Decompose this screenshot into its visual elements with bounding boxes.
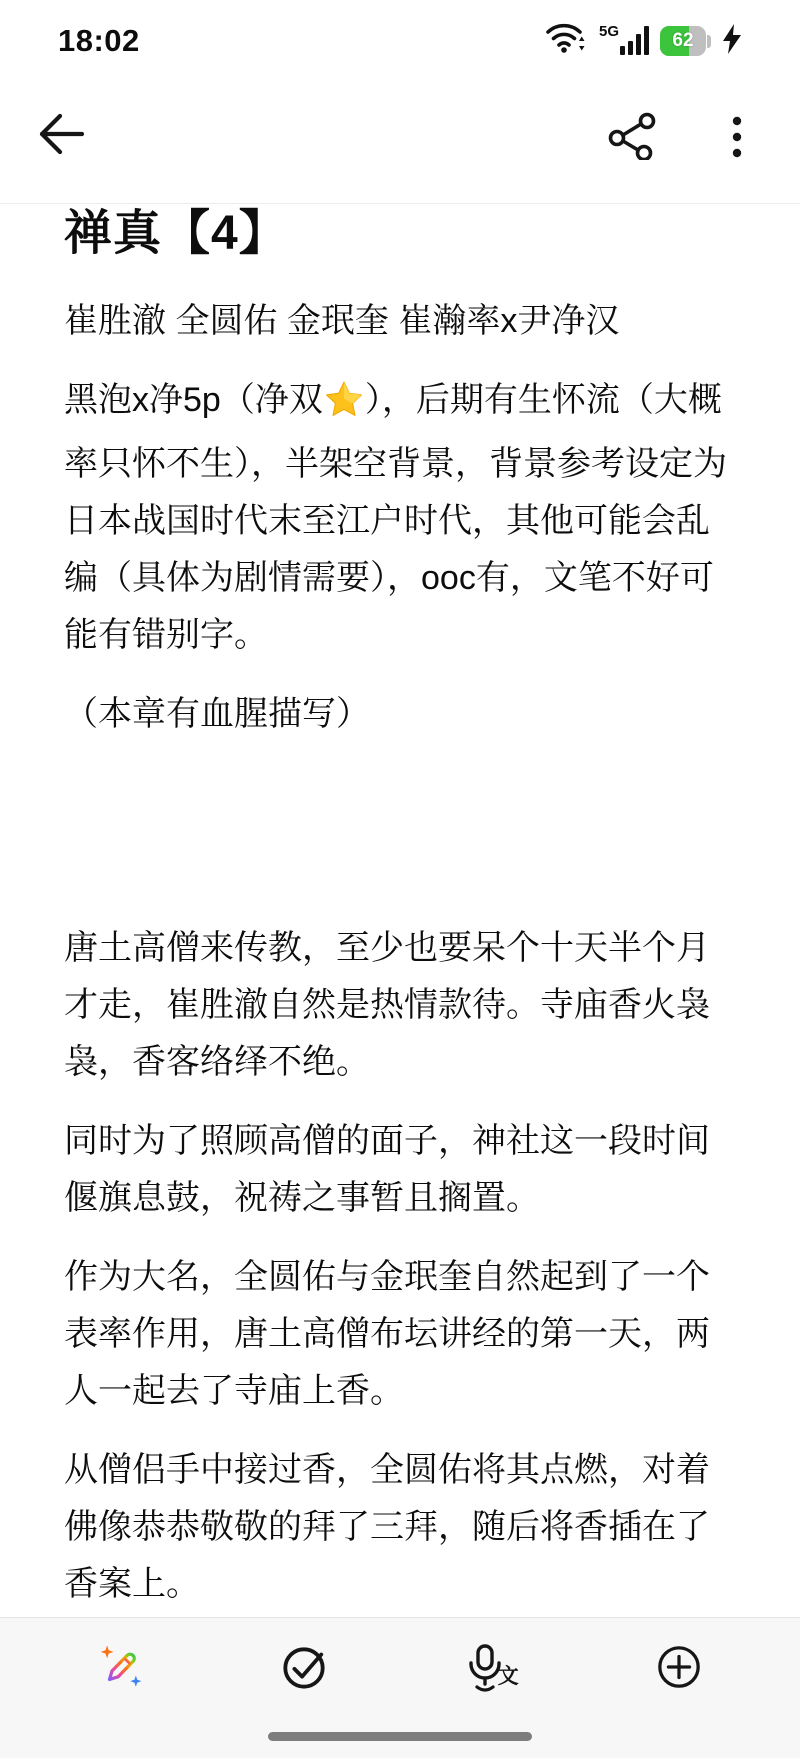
cellular-signal-icon: 5G (599, 25, 649, 57)
blank-gap (64, 743, 738, 898)
add-button[interactable] (656, 1644, 702, 1690)
check-circle-button[interactable] (281, 1644, 327, 1690)
tags-text-after: ），后期有生怀流（大概率只怀不生），半架空背景，背景参考设定为日本战国时代末至江… (64, 381, 727, 654)
content-warning: （本章有血腥描写） (64, 686, 738, 743)
body-paragraph: 唐土高僧来传教，至少也要呆个十天半个月才走，崔胜澈自然是热情款待。寺庙香火袅袅，… (64, 920, 738, 1091)
tags-text-before: 黑泡x净5p（净双 (64, 381, 323, 419)
signal-bars (620, 26, 649, 55)
body-paragraph: 同时为了照顾高僧的面子，神社这一段时间偃旗息鼓，祝祷之事暂且搁置。 (64, 1113, 738, 1227)
more-options-button[interactable] (722, 114, 752, 160)
charging-bolt-icon (723, 24, 742, 59)
pairing-line: 崔胜澈 全圆佑 金珉奎 崔瀚率x尹净汉 (64, 293, 738, 350)
network-type-label: 5G (599, 23, 619, 40)
share-button[interactable] (606, 112, 658, 160)
voice-text-label: 文 (498, 1660, 519, 1690)
back-button[interactable] (36, 110, 86, 158)
wifi-icon (546, 22, 588, 60)
nav-bar (0, 70, 800, 202)
battery-percent: 62 (660, 26, 706, 56)
battery-icon: 62 (660, 26, 712, 56)
bottom-toolbar: 文 (0, 1617, 800, 1758)
voice-to-text-button[interactable]: 文 (465, 1644, 519, 1692)
ai-writing-pen-button[interactable] (98, 1644, 144, 1690)
clock-time: 18:02 (58, 23, 140, 59)
status-bar: 18:02 5G 62 (0, 0, 800, 70)
tags-paragraph: 黑泡x净5p（净双 ），后期有生怀流（大概率只怀不生），半架空背景，背景参考设定… (64, 372, 738, 664)
body-paragraph: 从僧侣手中接过香，全圆佑将其点燃，对着佛像恭恭敬敬的拜了三拜，随后将香插在了香案… (64, 1442, 738, 1613)
chapter-content: 禅真【4】 崔胜澈 全圆佑 金珉奎 崔瀚率x尹净汉 黑泡x净5p（净双 ），后期… (0, 203, 800, 1613)
star-emoji (325, 379, 363, 436)
body-paragraph: 作为大名，全圆佑与金珉奎自然起到了一个表率作用，唐土高僧布坛讲经的第一天，两人一… (64, 1249, 738, 1420)
chapter-title: 禅真【4】 (64, 205, 738, 263)
status-icons: 5G 62 (546, 22, 742, 60)
home-indicator[interactable] (268, 1732, 532, 1741)
